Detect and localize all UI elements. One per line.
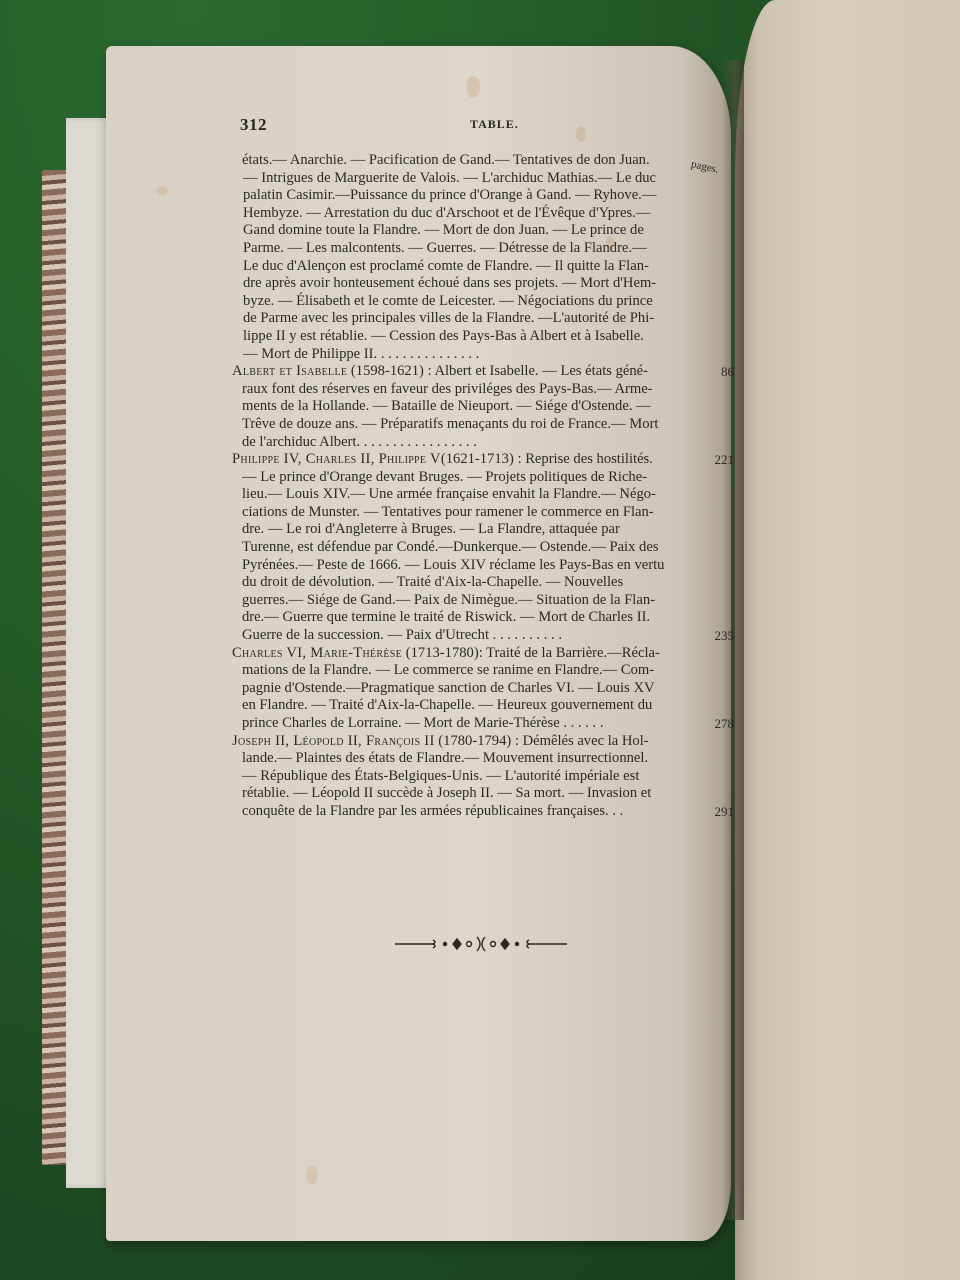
entry-text: Albert et Isabelle. — Les états géné- (434, 363, 648, 379)
toc-line: Hembyze. — Arrestation du duc d'Arschoot… (232, 205, 702, 223)
toc-line: Le duc d'Alençon est proclamé comte de F… (232, 258, 702, 276)
entry-heading: Charles VI, Marie-Thérèse (232, 645, 402, 661)
toc-line: mations de la Flandre. — Le commerce se … (232, 662, 702, 680)
toc-line: Parme. — Les malcontents. — Guerres. — D… (232, 240, 702, 258)
toc-line: rétablie. — Léopold II succède à Joseph … (232, 785, 702, 803)
toc-line: byze. — Élisabeth et le comte de Leicest… (232, 293, 702, 311)
foxing-spot (466, 76, 480, 98)
entry-text: Reprise des hostilités. (525, 451, 653, 467)
toc-line: raux font des réserves en faveur des pri… (232, 381, 702, 399)
toc-line: Philippe IV, Charles II, Philippe V(1621… (232, 451, 702, 469)
running-title: TABLE. (470, 117, 519, 132)
toc-line: lieu.— Louis XIV.— Une armée française e… (232, 486, 702, 504)
toc-line: ments de la Hollande. — Bataille de Nieu… (232, 398, 702, 416)
entry-heading: Joseph II, Léopold II, François II (232, 733, 435, 749)
toc-entry-albert-isabelle: 86 Albert et Isabelle (1598-1621) : Albe… (232, 363, 702, 451)
toc-line: Guerre de la succession. — Paix d'Utrech… (232, 627, 702, 645)
entry-heading: Philippe IV, Charles II, Philippe V (232, 451, 441, 467)
toc-line: Turenne, est défendue par Condé.—Dunkerq… (232, 539, 702, 557)
toc-line: Joseph II, Léopold II, François II (1780… (232, 733, 702, 751)
toc-page-number: 86 (721, 363, 734, 381)
toc-line: Trêve de douze ans. — Préparatifs menaça… (232, 416, 702, 434)
toc-page-number: 278 (715, 715, 735, 733)
toc-line: lande.— Plaintes des états de Flandre.— … (232, 750, 702, 768)
toc-line: palatin Casimir.—Puissance du prince d'O… (232, 187, 702, 205)
toc-line: lippe II y est rétablie. — Cession des P… (232, 328, 702, 346)
entry-dates: (1780-1794) : (438, 733, 519, 749)
toc-continuation: états.— Anarchie. — Pacification de Gand… (232, 152, 702, 363)
toc-line: pagnie d'Ostende.—Pragmatique sanction d… (232, 680, 702, 698)
running-head: 312 TABLE. (240, 115, 700, 139)
toc-page-number: 221 (715, 451, 735, 469)
facing-page (735, 0, 960, 1280)
toc-line: ciations de Munster. — Tentatives pour r… (232, 504, 702, 522)
toc-line: de l'archiduc Albert. . . . . . . . . . … (232, 434, 702, 452)
toc-line: de Parme avec les principales villes de … (232, 310, 702, 328)
toc-line: — République des États-Belgiques-Unis. —… (232, 768, 702, 786)
toc-line: Pyrénées.— Peste de 1666. — Louis XIV ré… (232, 557, 702, 575)
toc-page-number: 235 (715, 627, 735, 645)
toc-line: Albert et Isabelle (1598-1621) : Albert … (232, 363, 702, 381)
toc-line: — Mort de Philippe II. . . . . . . . . .… (232, 346, 702, 364)
toc-entry-joseph-ii: 278 291 Joseph II, Léopold II, François … (232, 733, 702, 821)
toc-line: — Le prince d'Orange devant Bruges. — Pr… (232, 469, 702, 487)
toc-line: conquête de la Flandre par les armées ré… (232, 803, 702, 821)
toc-line: guerres.— Siége de Gand.— Paix de Nimègu… (232, 592, 702, 610)
toc-line: dre après avoir honteusement échoué dans… (232, 275, 702, 293)
toc-line: états.— Anarchie. — Pacification de Gand… (232, 152, 702, 170)
table-of-contents: états.— Anarchie. — Pacification de Gand… (232, 152, 702, 821)
toc-line: en Flandre. — Traité d'Aix-la-Chapelle. … (232, 697, 702, 715)
toc-line: dre.— Guerre que termine le traité de Ri… (232, 609, 702, 627)
toc-line: du droit de dévolution. — Traité d'Aix-l… (232, 574, 702, 592)
toc-line: dre. — Le roi d'Angleterre à Bruges. — L… (232, 521, 702, 539)
entry-text: Démêlés avec la Hol- (523, 733, 649, 749)
toc-entry-charles-vi: 235 Charles VI, Marie-Thérèse (1713-1780… (232, 645, 702, 733)
entry-text: Traité de la Barrière.—Récla- (486, 645, 660, 661)
entry-dates: (1598-1621) : (351, 363, 432, 379)
toc-line: Charles VI, Marie-Thérèse (1713-1780): T… (232, 645, 702, 663)
fleuron-divider-icon (395, 934, 567, 954)
entry-dates: (1621-1713) : (441, 451, 522, 467)
page-number: 312 (240, 115, 267, 135)
toc-line: prince Charles de Lorraine. — Mort de Ma… (232, 715, 702, 733)
foxing-spot (306, 1166, 318, 1184)
entry-dates: (1713-1780): (406, 645, 483, 661)
entry-heading: Albert et Isabelle (232, 363, 347, 379)
foxing-spot (156, 186, 168, 196)
toc-line: — Intrigues de Marguerite de Valois. — L… (232, 170, 702, 188)
toc-line: Gand domine toute la Flandre. — Mort de … (232, 222, 702, 240)
toc-final-page-number: 291 (715, 803, 735, 821)
toc-entry-philippe-iv: 221 Philippe IV, Charles II, Philippe V(… (232, 451, 702, 645)
